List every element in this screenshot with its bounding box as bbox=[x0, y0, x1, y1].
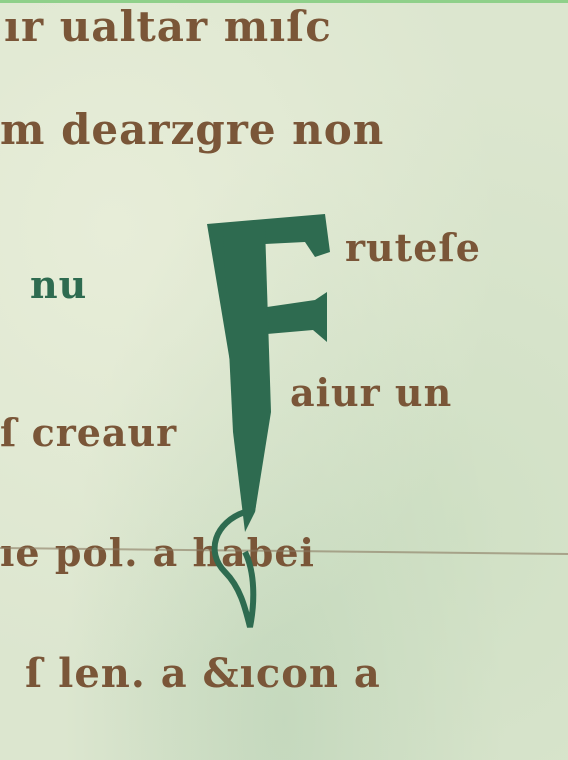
text-line-5: ſ creaur bbox=[0, 410, 177, 455]
text-line-1: ır ualtar mıſc bbox=[4, 2, 332, 51]
text-line-3: nu bbox=[30, 262, 87, 307]
manuscript-photo: ır ualtar mıſc m dearzgre non nu ruteſe … bbox=[0, 0, 568, 760]
text-line-2: m dearzgre non bbox=[0, 105, 384, 154]
text-line-4: ruteſe bbox=[345, 225, 481, 270]
decorated-initial-f bbox=[205, 212, 330, 632]
text-line-8: ſ len. a &ıcon a bbox=[25, 650, 381, 697]
